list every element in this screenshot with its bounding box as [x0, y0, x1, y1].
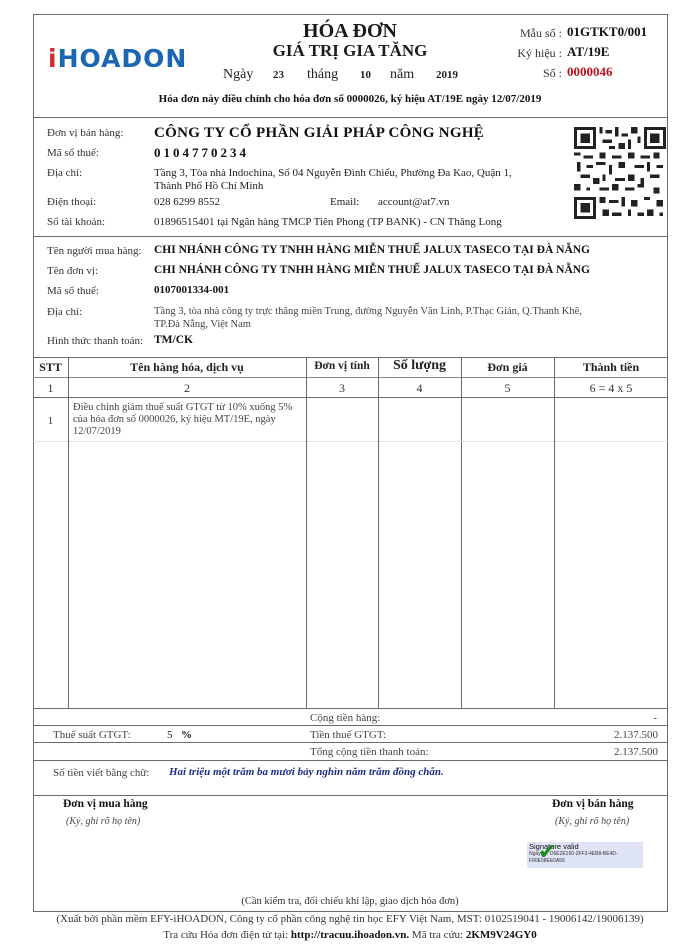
- grand-total-label: Tổng cộng tiền thanh toán:: [310, 746, 429, 758]
- date-day: 23: [273, 69, 284, 81]
- seller-tax-label: Mã số thuế:: [47, 147, 99, 159]
- buyer-signature-title: Đơn vị mua hàng: [63, 798, 148, 810]
- seller-email-label: Email:: [330, 196, 359, 208]
- divider: [33, 117, 668, 118]
- seller-address-line2: Thành Phố Hồ Chí Minh: [154, 180, 263, 192]
- header-stt: STT: [33, 360, 68, 375]
- buyer-person: CHI NHÁNH CÔNG TY TNHH HÀNG MIỄN THUẾ JA…: [154, 244, 590, 256]
- divider: [33, 742, 668, 743]
- seller-name-label: Đơn vị bán hàng:: [47, 127, 123, 139]
- subtotal-value: -: [653, 712, 657, 724]
- subtotal-label: Cộng tiền hàng:: [310, 712, 380, 724]
- lookup-url[interactable]: http://tracuu.ihoadon.vn.: [291, 929, 409, 941]
- seller-name: CÔNG TY CỔ PHẦN GIẢI PHÁP CÔNG NGHỆ: [154, 125, 484, 142]
- index-6: 6 = 4 x 5: [554, 381, 668, 396]
- buyer-tax-label: Mã số thuế:: [47, 285, 99, 297]
- form-value: 01GTKT0/001: [567, 24, 647, 40]
- buyer-address-line2: TP.Đà Nẵng, Việt Nam: [154, 319, 251, 330]
- row-divider: [33, 441, 668, 442]
- checkmark-icon: ✔: [538, 840, 556, 865]
- index-1: 1: [33, 381, 68, 396]
- symbol-label: Ký hiệu :: [517, 46, 562, 61]
- row-stt: 1: [33, 415, 68, 427]
- header-unit-price: Đơn giá: [461, 360, 554, 375]
- vat-rate-value: 5: [167, 729, 173, 741]
- table-top-border: [33, 357, 668, 358]
- table-header-divider: [33, 377, 668, 378]
- col-divider: [461, 357, 462, 708]
- table-bottom-border: [33, 708, 668, 709]
- seller-address-line1: Tầng 3, Tòa nhà Indochina, Số 04 Nguyễn …: [154, 167, 512, 179]
- seller-email[interactable]: account@at7.vn: [378, 196, 450, 208]
- header-quantity: Số lượng: [378, 358, 461, 374]
- col-divider: [378, 357, 379, 708]
- adjustment-note: Hóa đơn này điều chỉnh cho hóa đơn số 00…: [0, 93, 700, 105]
- buyer-signature-note: (Ký, ghi rõ họ tên): [66, 816, 140, 827]
- lookup-label: Tra cứu Hóa đơn điện tử tại:: [163, 929, 288, 941]
- buyer-person-label: Tên người mua hàng:: [47, 245, 142, 257]
- seller-phone: 028 6299 8552: [154, 196, 220, 208]
- seller-account-label: Số tài khoản:: [47, 216, 105, 228]
- buyer-payment-label: Hình thức thanh toán:: [47, 335, 143, 347]
- seller-account: 01896515401 tại Ngân hàng TMCP Tiên Phon…: [154, 216, 502, 228]
- table-index-divider: [33, 397, 668, 398]
- lookup-line: Tra cứu Hóa đơn điện tử tại: http://trac…: [0, 929, 700, 941]
- publisher-note: (Xuất bởi phần mềm EFY-iHOADON, Công ty …: [0, 913, 700, 925]
- date-year-label: năm: [390, 67, 414, 83]
- buyer-tax-code: 0107001334-001: [154, 284, 229, 296]
- date-month: 10: [360, 69, 371, 81]
- vat-amount-value: 2.137.500: [614, 729, 658, 741]
- divider: [33, 236, 668, 237]
- grand-total-value: 2.137.500: [614, 746, 658, 758]
- vat-rate-unit: %: [181, 729, 192, 741]
- col-divider: [68, 357, 69, 708]
- buyer-unit-label: Tên đơn vị:: [47, 265, 98, 277]
- lookup-code-label: Mã tra cứu:: [412, 929, 463, 941]
- buyer-payment: TM/CK: [154, 334, 193, 346]
- header-unit: Đơn vị tính: [306, 360, 378, 372]
- qr-code-icon: [574, 127, 666, 219]
- lookup-code: 2KM9V24GY0: [466, 929, 537, 941]
- seller-tax-code: 0104770234: [154, 145, 249, 161]
- symbol-value: AT/19E: [567, 44, 609, 60]
- header-item-name: Tên hàng hóa, dịch vụ: [68, 360, 306, 375]
- index-5: 5: [461, 381, 554, 396]
- vat-amount-label: Tiền thuế GTGT:: [310, 729, 386, 741]
- form-label: Mẫu số :: [520, 26, 562, 41]
- index-4: 4: [378, 381, 461, 396]
- seller-phone-label: Điện thoại:: [47, 196, 96, 208]
- buyer-address-label: Địa chỉ:: [47, 306, 82, 318]
- amount-in-words: Hai triệu một trăm ba mươi bảy nghìn năm…: [169, 766, 444, 778]
- seller-address-label: Địa chỉ:: [47, 167, 82, 179]
- seller-signature-title: Đơn vị bán hàng: [552, 798, 633, 810]
- index-2: 2: [68, 381, 306, 396]
- date-day-label: Ngày: [223, 67, 253, 83]
- row-item-name: Điều chỉnh giảm thuế suất GTGT từ 10% xu…: [73, 402, 305, 438]
- header-amount: Thành tiền: [554, 360, 668, 375]
- divider: [33, 725, 668, 726]
- buyer-unit: CHI NHÁNH CÔNG TY TNHH HÀNG MIỄN THUẾ JA…: [154, 264, 590, 276]
- divider: [33, 760, 668, 761]
- col-divider: [306, 357, 307, 708]
- amount-in-words-label: Số tiền viết bằng chữ:: [53, 767, 149, 779]
- index-3: 3: [306, 381, 378, 396]
- vat-rate-label: Thuế suất GTGT:: [53, 729, 131, 741]
- date-month-label: tháng: [307, 67, 338, 83]
- col-divider: [554, 357, 555, 708]
- check-note: (Cần kiểm tra, đối chiếu khi lập, giao d…: [0, 896, 700, 907]
- invoice-number: 0000046: [567, 64, 613, 80]
- date-year: 2019: [436, 69, 458, 81]
- divider: [33, 795, 668, 796]
- buyer-address-line1: Tầng 3, tòa nhà công ty trực thăng miền …: [154, 306, 582, 317]
- number-label: Số :: [543, 66, 562, 81]
- seller-signature-note: (Ký, ghi rõ họ tên): [555, 816, 629, 827]
